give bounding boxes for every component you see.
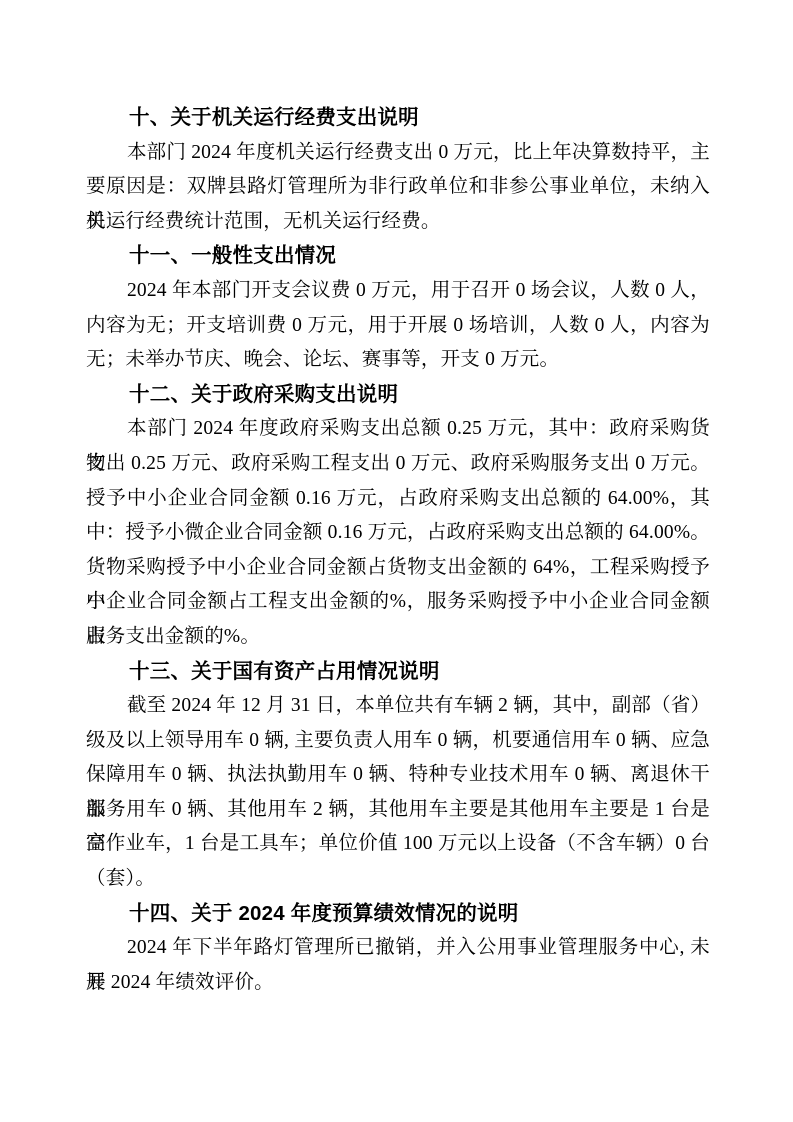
paragraph-line: 级及以上领导用车 0 辆, 主要负责人用车 0 辆，机要通信用车 0 辆、应急 <box>86 724 710 759</box>
page-content: 十、关于机关运行经费支出说明 本部门 2024 年度机关运行经费支出 0 万元，… <box>86 101 710 1000</box>
section-heading: 十二、关于政府采购支出说明 <box>86 378 710 413</box>
paragraph-line: 服务支出金额的%。 <box>86 620 710 655</box>
section-government-procurement: 十二、关于政府采购支出说明 本部门 2024 年度政府采购支出总额 0.25 万… <box>86 378 710 655</box>
paragraph-line: 货物采购授予中小企业合同金额占货物支出金额的 64%，工程采购授予中 <box>86 551 710 586</box>
document-page: 十、关于机关运行经费支出说明 本部门 2024 年度机关运行经费支出 0 万元，… <box>0 0 793 1122</box>
paragraph-line: 空作业车，1 台是工具车；单位价值 100 万元以上设备（不含车辆）0 台 <box>86 827 710 862</box>
paragraph-line: 保障用车 0 辆、执法执勤用车 0 辆、特种专业技术用车 0 辆、离退休干部 <box>86 758 710 793</box>
paragraph-line: 支出 0.25 万元、政府采购工程支出 0 万元、政府采购服务支出 0 万元。 <box>86 447 710 482</box>
section-heading: 十三、关于国有资产占用情况说明 <box>86 655 710 690</box>
section-heading: 十一、一般性支出情况 <box>86 239 710 274</box>
paragraph-line: 本部门 2024 年度机关运行经费支出 0 万元，比上年决算数持平，主 <box>86 136 710 171</box>
paragraph-line: 授予中小企业合同金额 0.16 万元，占政府采购支出总额的 64.00%，其 <box>86 482 710 517</box>
section-2024-budget-performance: 十四、关于 2024 年度预算绩效情况的说明 2024 年下半年路灯管理所已撤销… <box>86 897 710 1001</box>
section-state-owned-assets: 十三、关于国有资产占用情况说明 截至 2024 年 12 月 31 日，本单位共… <box>86 655 710 897</box>
paragraph-line: 中：授予小微企业合同金额 0.16 万元，占政府采购支出总额的 64.00%。 <box>86 516 710 551</box>
paragraph-line: 展 2024 年绩效评价。 <box>86 966 710 1001</box>
section-heading: 十四、关于 2024 年度预算绩效情况的说明 <box>86 897 710 932</box>
paragraph-line: 2024 年本部门开支会议费 0 万元，用于召开 0 场会议，人数 0 人， <box>86 274 710 309</box>
paragraph-line: 截至 2024 年 12 月 31 日，本单位共有车辆 2 辆，其中，副部（省） <box>86 689 710 724</box>
paragraph-line: 要原因是：双牌县路灯管理所为非行政单位和非参公事业单位，未纳入机 <box>86 170 710 205</box>
section-agency-operating-expenses: 十、关于机关运行经费支出说明 本部门 2024 年度机关运行经费支出 0 万元，… <box>86 101 710 239</box>
paragraph-line: 2024 年下半年路灯管理所已撤销，并入公用事业管理服务中心, 未开 <box>86 931 710 966</box>
section-general-expenditures: 十一、一般性支出情况 2024 年本部门开支会议费 0 万元，用于召开 0 场会… <box>86 239 710 377</box>
paragraph-line: 小企业合同金额占工程支出金额的%，服务采购授予中小企业合同金额占 <box>86 585 710 620</box>
paragraph-line: 服务用车 0 辆、其他用车 2 辆，其他用车主要是其他用车主要是 1 台是高 <box>86 793 710 828</box>
paragraph-line: 关运行经费统计范围，无机关运行经费。 <box>86 205 710 240</box>
paragraph-line: 本部门 2024 年度政府采购支出总额 0.25 万元，其中：政府采购货物 <box>86 412 710 447</box>
section-heading: 十、关于机关运行经费支出说明 <box>86 101 710 136</box>
paragraph-line: 无；未举办节庆、晚会、论坛、赛事等，开支 0 万元。 <box>86 343 710 378</box>
paragraph-line: （套）。 <box>86 862 710 897</box>
paragraph-line: 内容为无；开支培训费 0 万元，用于开展 0 场培训，人数 0 人，内容为 <box>86 309 710 344</box>
